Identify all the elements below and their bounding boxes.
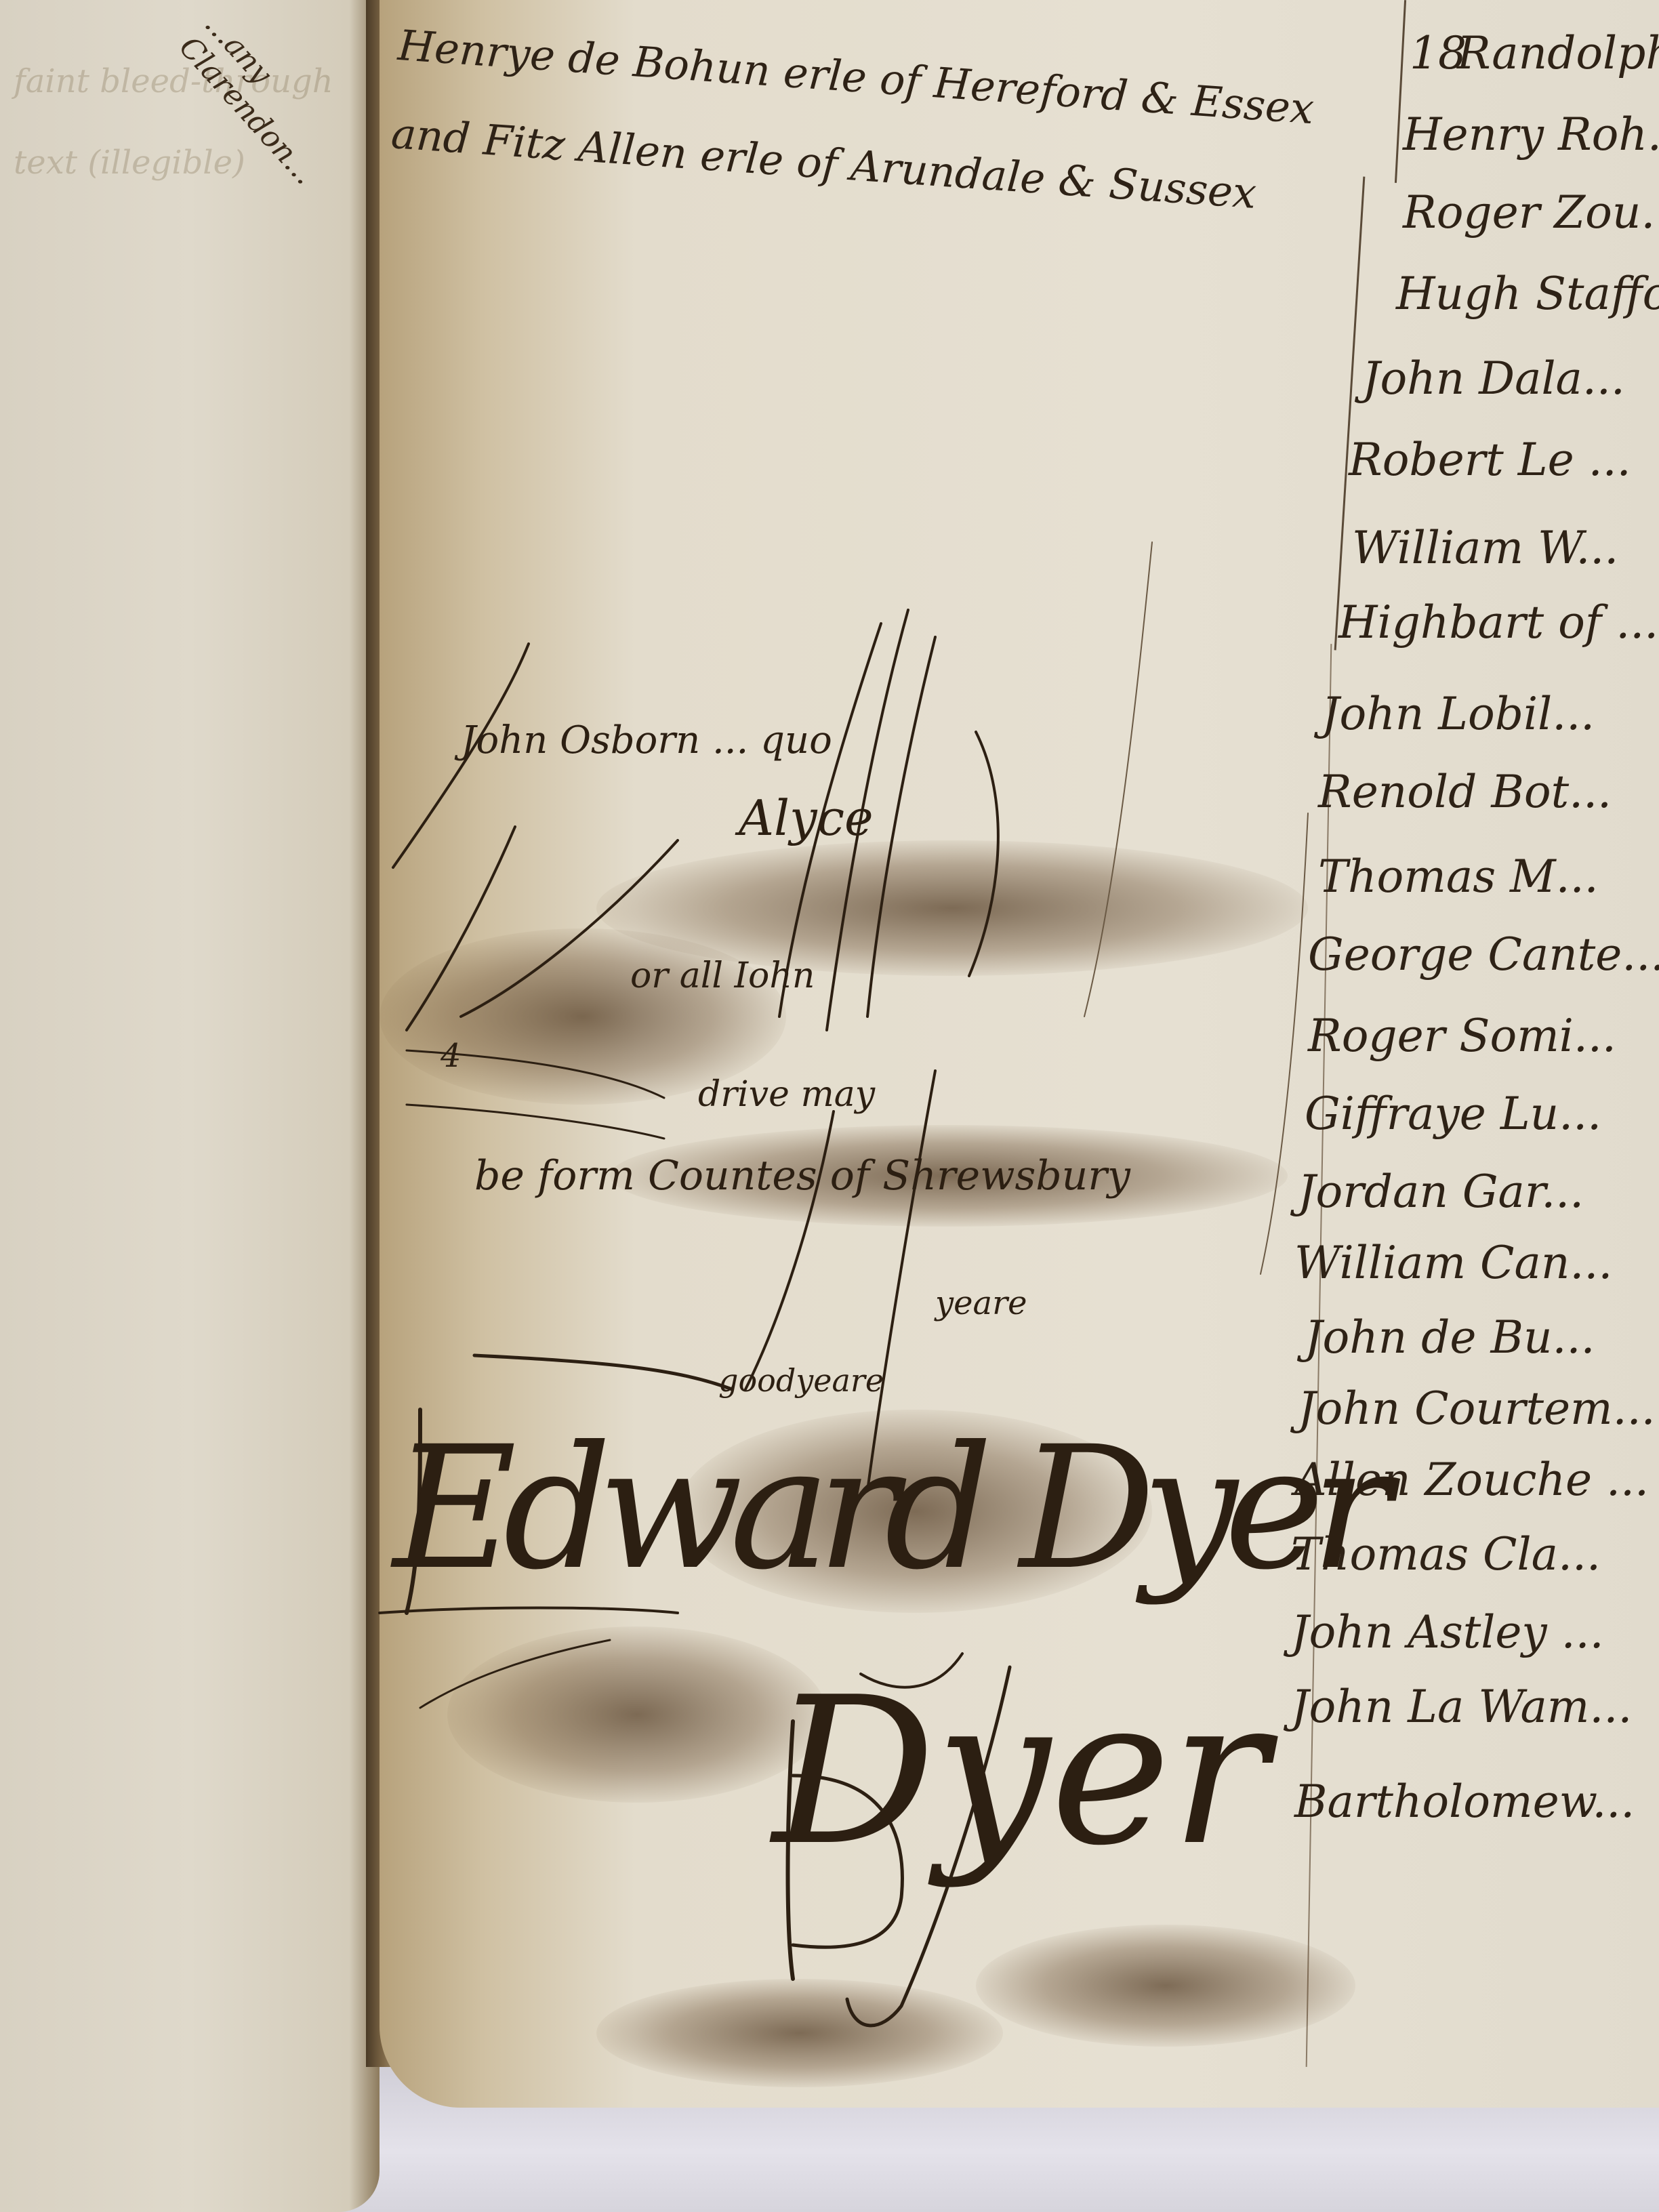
- scribble-yeare: yeare: [935, 1284, 1027, 1322]
- signature-dyer: Dyer: [773, 1654, 1268, 1890]
- scribble-countess-line: be form Countes of Shrewsbury: [474, 1152, 1130, 1200]
- scribble-name-alyce: Alyce: [739, 790, 874, 846]
- scribble-fragment: 4: [441, 1037, 462, 1075]
- scribble-line-1: John Osborn ... quo: [461, 718, 832, 762]
- scribble-line-4: drive may: [698, 1074, 875, 1115]
- signature-edward-dyer: Edward Dyer: [393, 1410, 1378, 1607]
- scribble-line-3: or all Iohn: [630, 956, 815, 996]
- scribble-goodyeare: goodyeare: [718, 1362, 884, 1399]
